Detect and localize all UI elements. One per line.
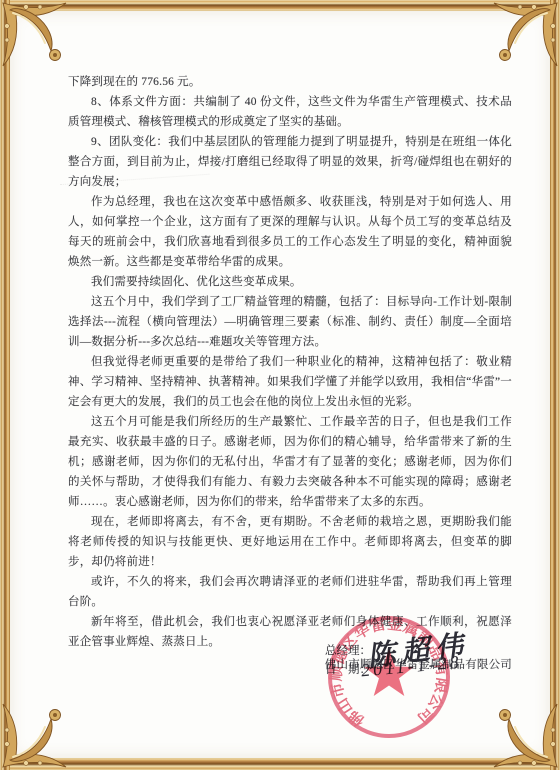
letter-paper: 下降到现在的 776.56 元。 8、体系文件方面：共编制了 40 份文件，这些… [10, 11, 550, 758]
frame-corner-ornament-icon [474, 0, 560, 86]
paragraph: 但我觉得老师更重要的是带给了我们一种职业化的精神，这精神包括了：敬业精神、学习精… [68, 352, 512, 412]
frame-corner-ornament-icon [474, 684, 560, 770]
paragraph: 作为总经理，我也在这次变革中感悟颇多、收获匪浅，特别是对于如何选人、用人，如何掌… [68, 192, 512, 272]
frame-corner-ornament-icon [0, 684, 86, 770]
star-icon [364, 649, 413, 696]
paragraph: 我们需要持续固化、优化这些变革成果。 [68, 272, 512, 292]
paragraph: 现在，老师即将离去，有不舍，更有期盼。不舍老师的栽培之恩，更期盼我们能将老师传授… [68, 512, 512, 572]
frame-left-edge [0, 0, 10, 770]
paragraph: 8、体系文件方面：共编制了 40 份文件，这些文件为华雷生产管理模式、技术品质管… [68, 92, 512, 132]
paragraph: 下降到现在的 776.56 元。 [68, 72, 512, 92]
company-seal-stamp: 佛山市顺德区华雷金属制品有限公司 [314, 602, 464, 752]
paragraph: 这五个月中，我们学到了工厂精益管理的精髓，包括了：目标导向-工作计划-限制选择法… [68, 292, 512, 352]
frame-corner-ornament-icon [0, 0, 86, 86]
frame-right-edge [550, 0, 560, 770]
paragraph: 这五个月可能是我们所经历的生产最繁忙、工作最辛苦的日子，但也是我们工作最充实、收… [68, 412, 512, 512]
scanned-letter-page: { "doc": { "paragraphs": [ "下降到现在的 776.5… [0, 0, 560, 770]
letter-body: 下降到现在的 776.56 元。 8、体系文件方面：共编制了 40 份文件，这些… [68, 72, 512, 675]
paragraph: 9、团队变化：我们中基层团队的管理能力提到了明显提升，特别是在班组一体化整合方面… [68, 132, 512, 192]
